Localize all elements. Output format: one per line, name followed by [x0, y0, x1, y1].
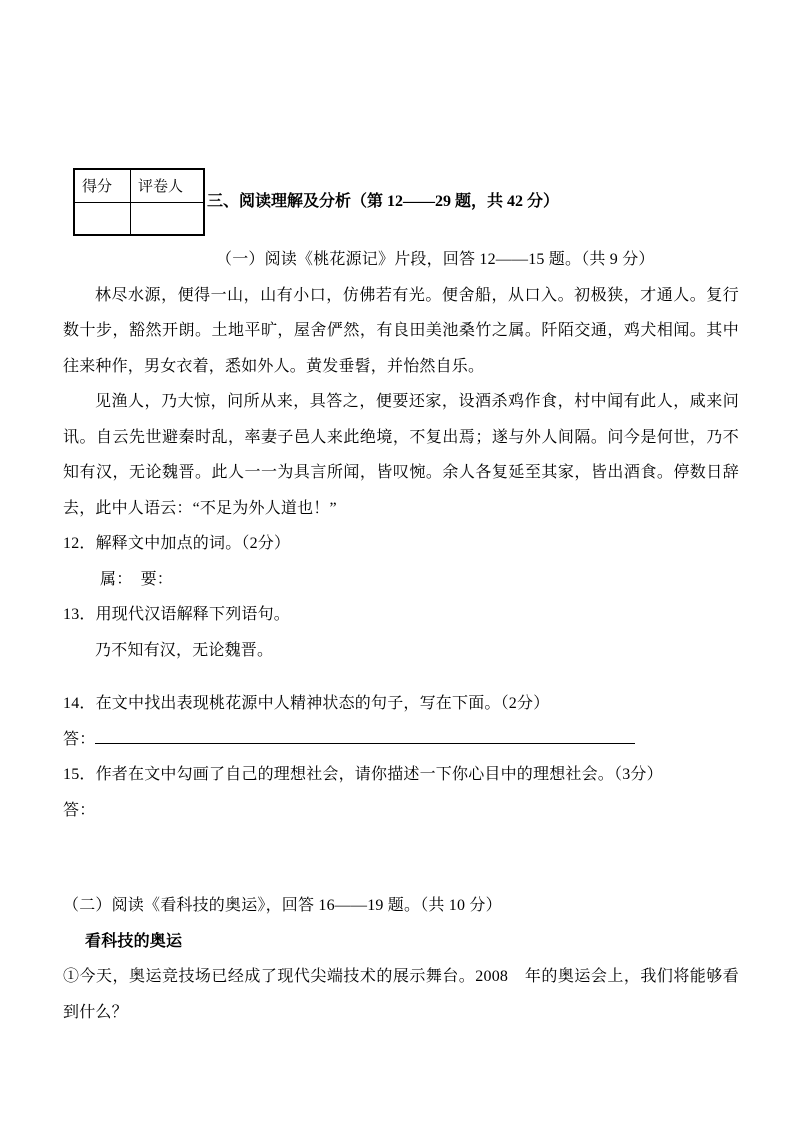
question-15-answer-row: 答： [63, 793, 739, 829]
part2-article-title: 看科技的奥运 [63, 924, 739, 960]
score-table: 得分 评卷人 [73, 168, 205, 236]
passage-paragraph-1: 林尽水源，便得一山，山有小口，仿佛若有光。便舍船，从口入。初极狭，才通人。复行数… [63, 278, 739, 385]
content-flow: （一）阅读《桃花源记》片段，回答 12——15 题。（共 9 分） 林尽水源，便… [63, 242, 739, 1030]
question-15-label: 15．作者在文中勾画了自己的理想社会，请你描述一下你心目中的理想社会。（3分） [63, 757, 739, 793]
score-cell-empty [74, 202, 131, 235]
question-12-blanks: 属： 要： [63, 562, 739, 598]
part2-intro: （二）阅读《看科技的奥运》，回答 16——19 题。（共 10 分） [63, 888, 739, 924]
part2-paragraph-1: ①今天，奥运竞技场已经成了现代尖端技术的展示舞台。2008 年的奥运会上，我们将… [63, 959, 739, 1030]
grader-cell-empty [131, 202, 205, 235]
question-14-answer-row: 答： [63, 722, 739, 758]
section-heading: 三、阅读理解及分析（第 12——29 题，共 42 分） [207, 188, 559, 211]
score-table-header-score: 得分 [74, 169, 131, 202]
passage-paragraph-2: 见渔人，乃大惊，问所从来，具答之，便要还家，设酒杀鸡作食，村中闻有此人，咸来问讯… [63, 384, 739, 526]
exam-page: 得分 评卷人 三、阅读理解及分析（第 12——29 题，共 42 分） （一）阅… [0, 0, 794, 1123]
question-12-label: 12．解释文中加点的词。（2分） [63, 526, 739, 562]
question-13-label: 13．用现代汉语解释下列语句。 [63, 597, 739, 633]
question-15-answer-label: 答： [63, 802, 95, 819]
question-13-sentence: 乃不知有汉，无论魏晋。 [63, 633, 739, 669]
question-14-label: 14．在文中找出表现桃花源中人精神状态的句子，写在下面。（2分） [63, 686, 739, 722]
part1-intro: （一）阅读《桃花源记》片段，回答 12——15 题。（共 9 分） [63, 242, 739, 278]
score-table-header-grader: 评卷人 [131, 169, 205, 202]
question-14-answer-label: 答： [63, 731, 95, 748]
question-14-answer-blank [95, 728, 635, 744]
